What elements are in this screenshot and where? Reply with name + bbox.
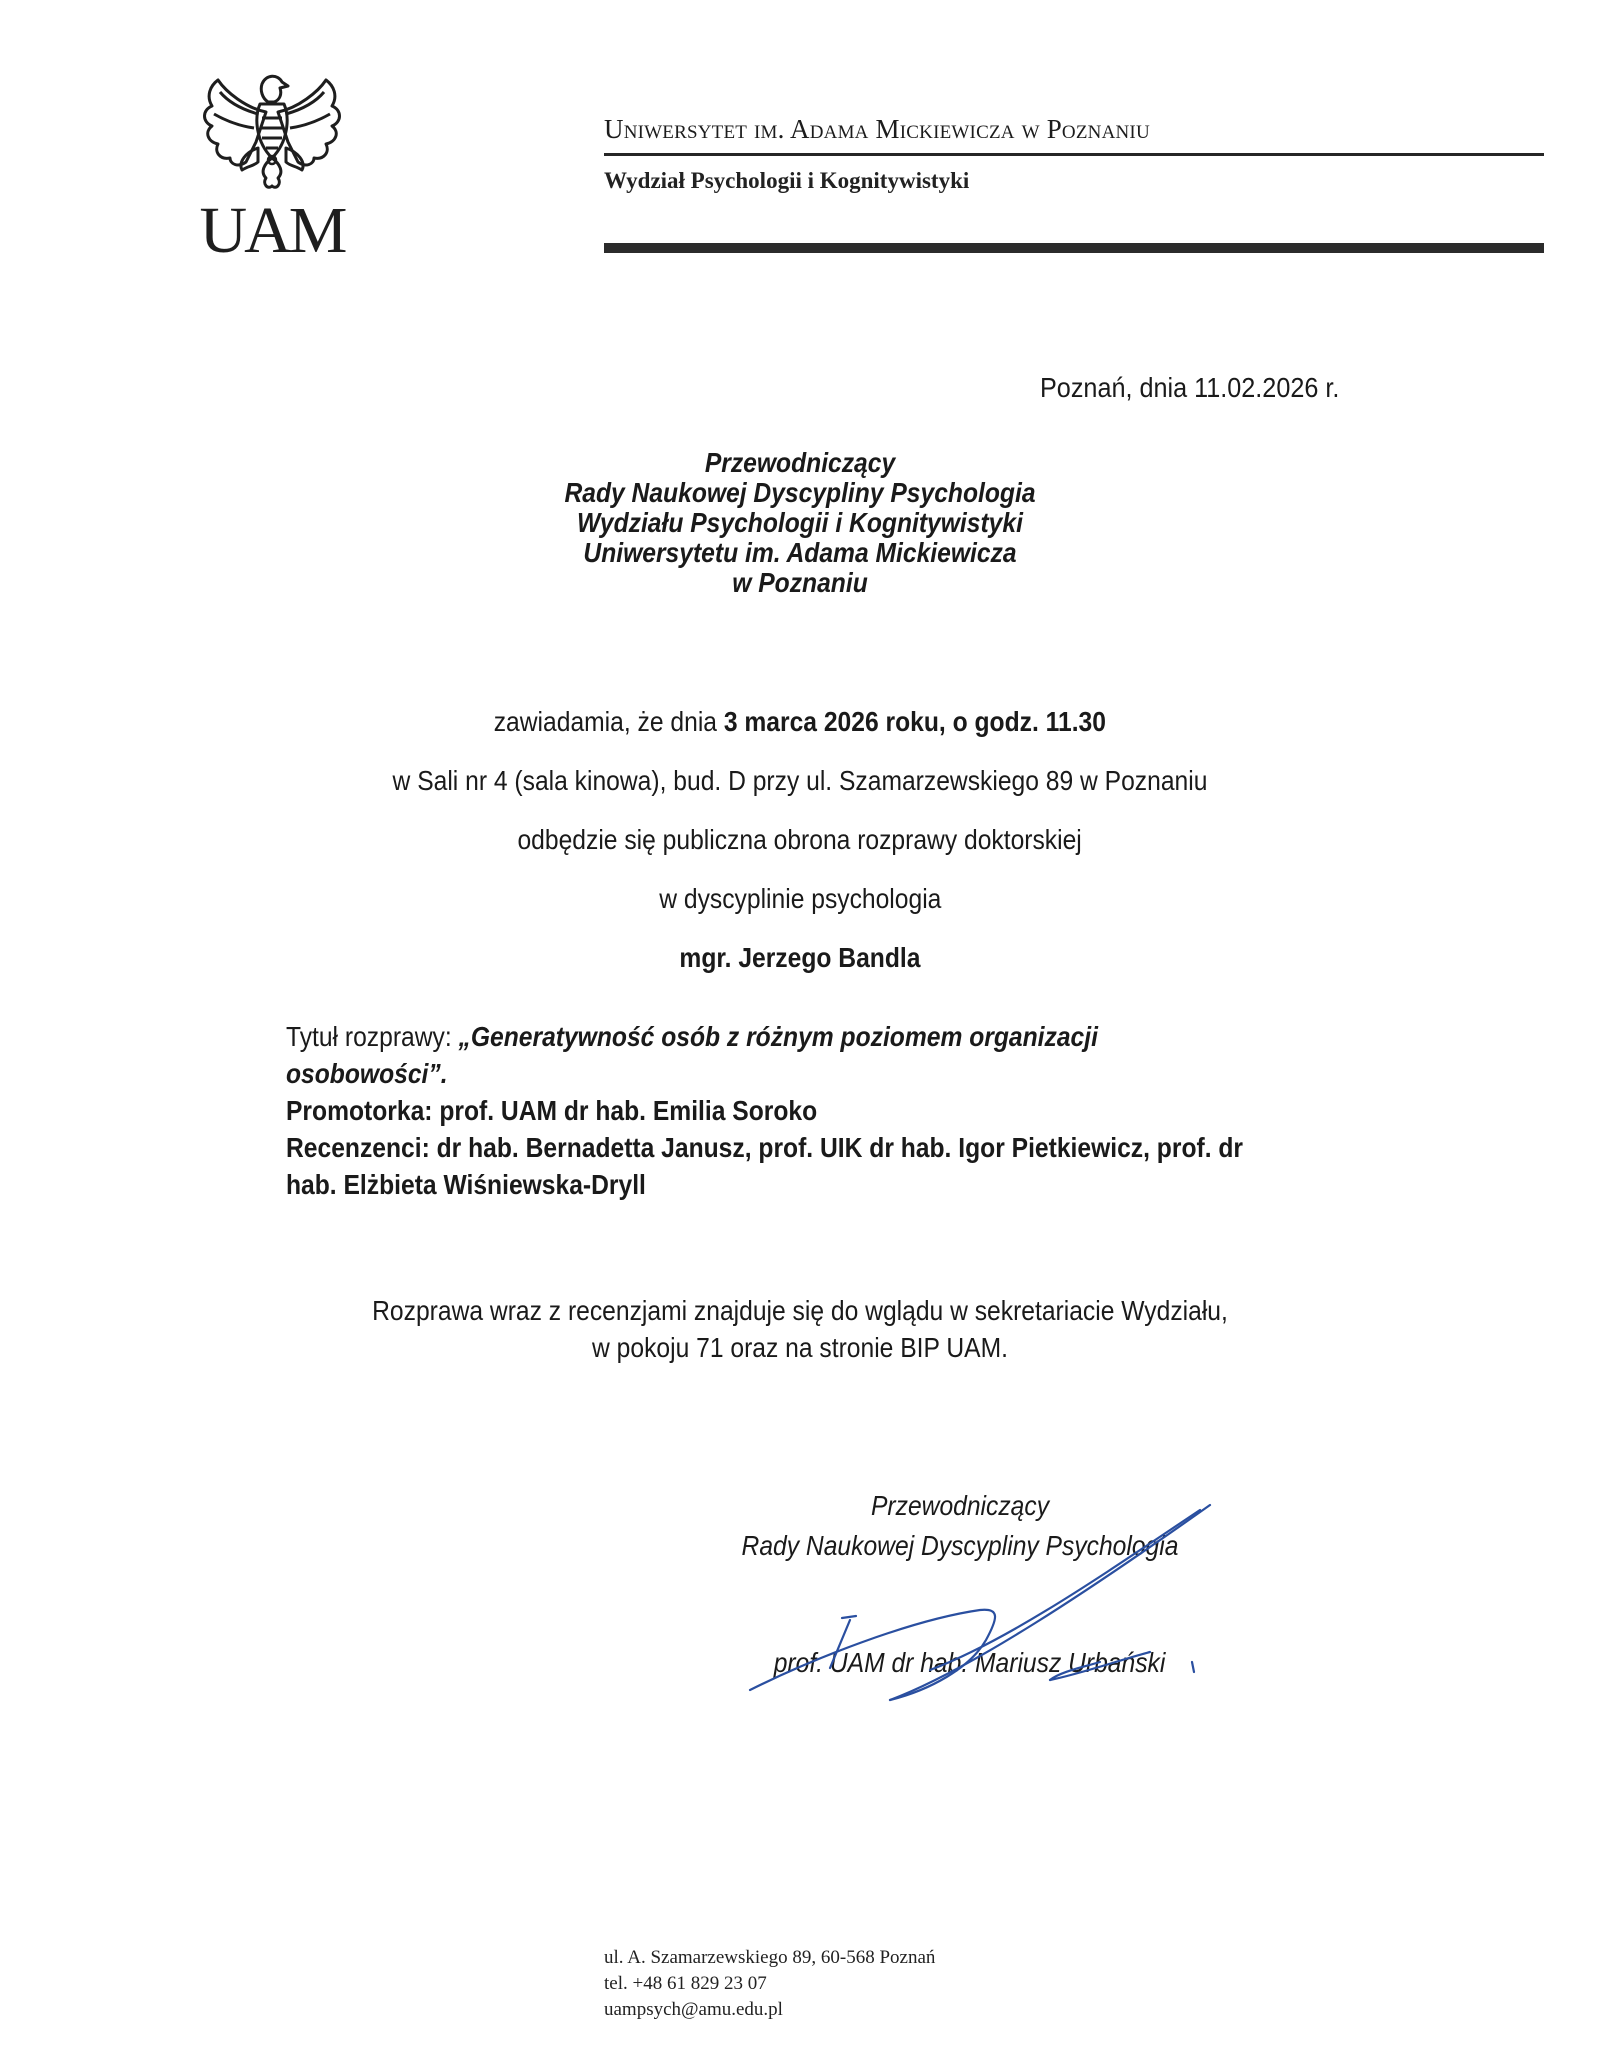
note-line: w pokoju 71 oraz na stronie BIP UAM. [96, 1329, 1504, 1366]
addressee-block: Przewodniczący Rady Naukowej Dyscypliny … [0, 448, 1600, 598]
header-rule-thin [604, 153, 1544, 156]
addressee-line: Uniwersytetu im. Adama Mickiewicza [96, 538, 1504, 568]
note-line: Rozprawa wraz z recenzjami znajduje się … [96, 1292, 1504, 1329]
signatory-name: prof. UAM dr hab. Mariusz Urbański [700, 1647, 1240, 1679]
reviewers: Recenzenci: dr hab. Bernadetta Janusz, p… [286, 1129, 1272, 1166]
footer-email: uampsych@amu.edu.pl [604, 1997, 935, 2023]
signatory-role-line: Przewodniczący [722, 1486, 1197, 1526]
thesis-details: Tytuł rozprawy: „Generatywność osób z ró… [286, 1018, 1406, 1203]
availability-note: Rozprawa wraz z recenzjami znajduje się … [0, 1292, 1600, 1366]
announcement-event: odbędzie się publiczna obrona rozprawy d… [0, 824, 1600, 856]
addressee-line: Wydziału Psychologii i Kognitywistyki [96, 508, 1504, 538]
svg-text:UAM: UAM [199, 194, 345, 257]
reviewers-continued: hab. Elżbieta Wiśniewska-Dryll [286, 1166, 1272, 1203]
footer-phone: tel. +48 61 829 23 07 [604, 1971, 935, 1997]
supervisor: Promotorka: prof. UAM dr hab. Emilia Sor… [286, 1092, 1272, 1129]
uam-logo: UAM [196, 62, 348, 257]
intro-text: zawiadamia, że dnia [494, 706, 724, 737]
thesis-title-row: Tytuł rozprawy: „Generatywność osób z ró… [286, 1018, 1272, 1055]
announcement-location: w Sali nr 4 (sala kinowa), bud. D przy u… [0, 765, 1600, 797]
signatory-role: Przewodniczący Rady Naukowej Dyscypliny … [690, 1486, 1230, 1566]
thesis-title-label: Tytuł rozprawy: [286, 1021, 459, 1052]
thesis-title: „Generatywność osób z różnym poziomem or… [459, 1021, 1098, 1052]
defense-datetime: 3 marca 2026 roku, o godz. 11.30 [724, 706, 1106, 737]
date-line: Poznań, dnia 11.02.2026 r. [1040, 372, 1339, 404]
footer-address: ul. A. Szamarzewskiego 89, 60-568 Poznań [604, 1945, 935, 1971]
announcement-discipline: w dyscyplinie psychologia [0, 883, 1600, 915]
header-rule-thick [604, 243, 1544, 253]
addressee-line: w Poznaniu [96, 568, 1504, 598]
announcement-intro: zawiadamia, że dnia 3 marca 2026 roku, o… [0, 706, 1600, 738]
faculty-name: Wydział Psychologii i Kognitywistyki [604, 168, 969, 194]
candidate-name: mgr. Jerzego Bandla [0, 942, 1600, 974]
thesis-title-continued: osobowości”. [286, 1055, 1272, 1092]
addressee-line: Przewodniczący [96, 448, 1504, 478]
addressee-line: Rady Naukowej Dyscypliny Psychologia [96, 478, 1504, 508]
signatory-role-line: Rady Naukowej Dyscypliny Psychologia [722, 1526, 1197, 1566]
footer-contact: ul. A. Szamarzewskiego 89, 60-568 Poznań… [604, 1945, 935, 2023]
eagle-emblem-icon: UAM [196, 62, 348, 257]
university-name: Uniwersytet im. Adama Mickiewicza w Pozn… [604, 114, 1150, 145]
